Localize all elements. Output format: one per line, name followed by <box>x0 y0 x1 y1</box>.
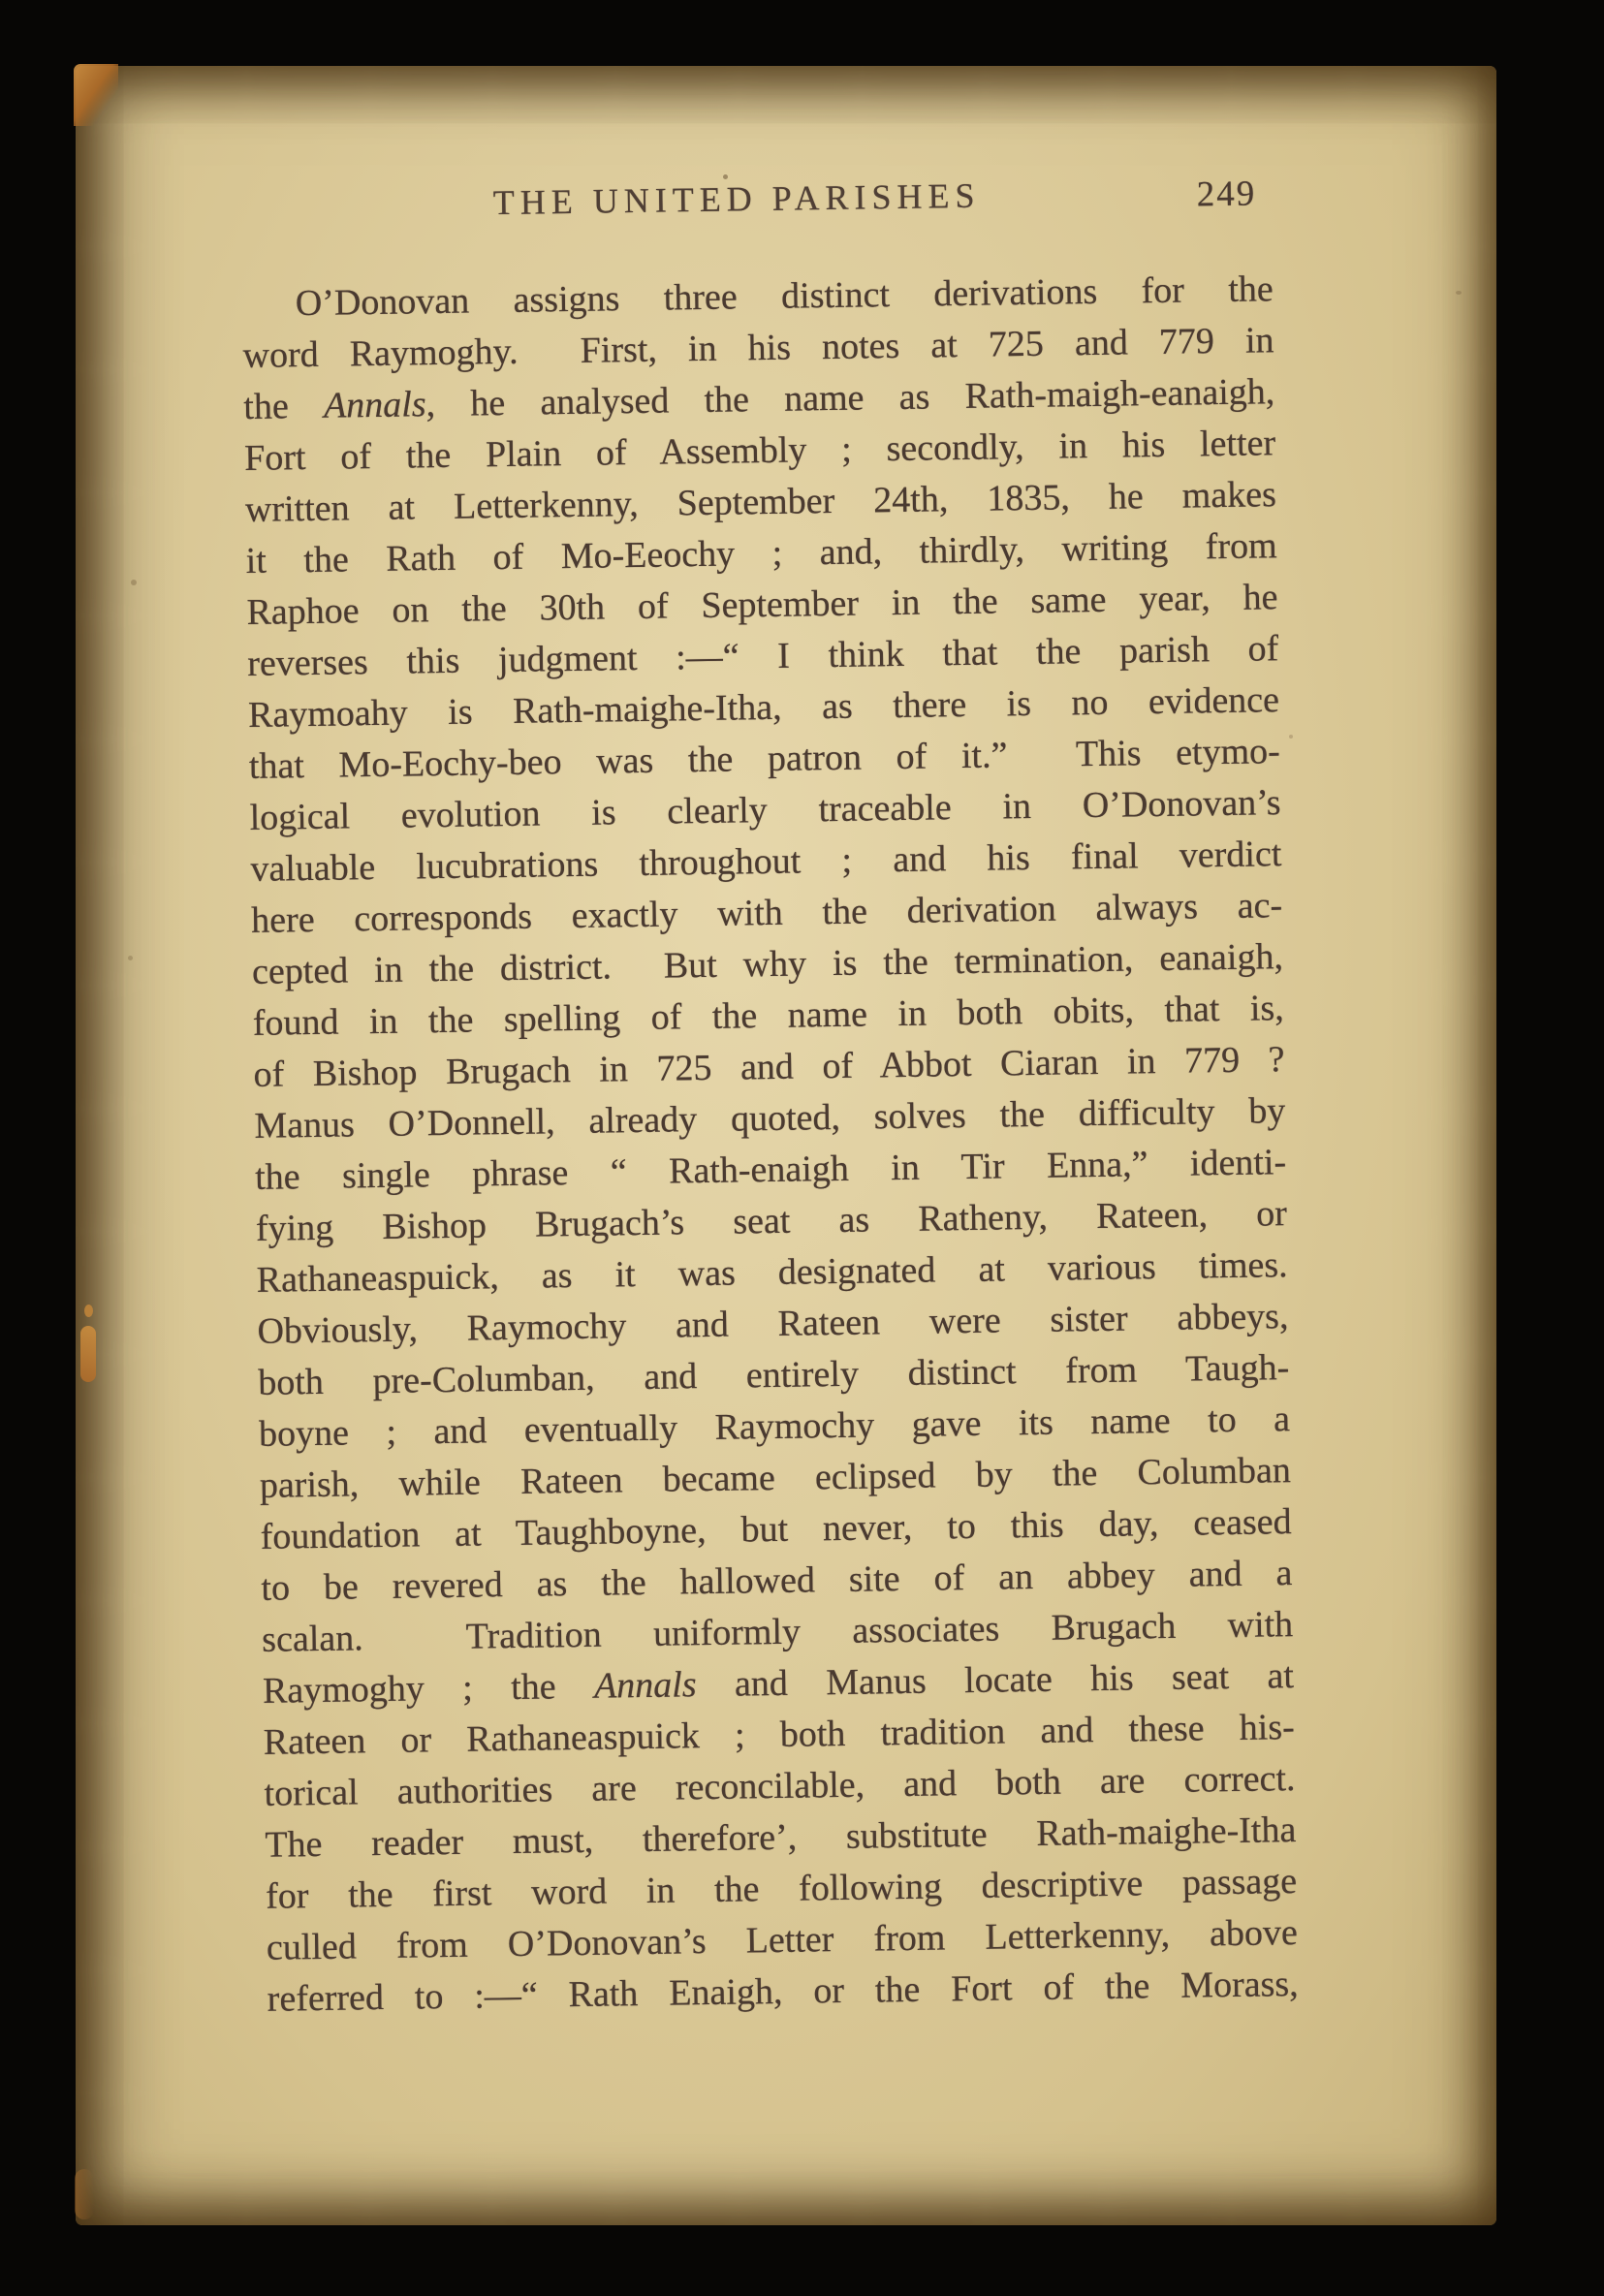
text-segment: the single phrase “ Rath-enaigh in Tir E… <box>255 1142 1287 1198</box>
text-segment: reverses this judgment :—“ I think that … <box>247 628 1279 684</box>
text-segment: The reader must, therefore’, substitute … <box>265 1809 1297 1866</box>
text-segment: it the Rath of Mo-Eeochy ; and, thirdly,… <box>245 525 1277 582</box>
text-segment: both pre-Columban, and entirely distinct… <box>258 1347 1290 1403</box>
text-segment: of Bishop Brugach in 725 and of Abbot Ci… <box>253 1039 1285 1095</box>
text-segment: Manus O’Donnell, already quoted, solves … <box>254 1090 1286 1147</box>
text-segment: Rateen or Rathaneaspuick ; both traditio… <box>264 1707 1296 1763</box>
text-segment: culled from O’Donovan’s Letter from Lett… <box>267 1912 1299 1968</box>
text-segment: Obviously, Raymochy and Rateen were sist… <box>257 1296 1289 1352</box>
italic-text: Annals <box>324 384 426 426</box>
text-segment: Raphoe on the 30th of September in the s… <box>246 577 1278 633</box>
scan-background: THE UNITED PARISHES 249 O’Donovan assign… <box>0 0 1604 2296</box>
page-header-row: THE UNITED PARISHES 249 <box>240 171 1273 236</box>
text-segment: that Mo-Eochy-beo was the patron of it.”… <box>249 731 1281 787</box>
page-edge-mark <box>74 64 118 126</box>
text-segment: and Manus locate his seat at <box>696 1655 1294 1705</box>
text-segment: scalan. Tradition uniformly associates B… <box>262 1604 1294 1660</box>
running-header: THE UNITED PARISHES <box>493 175 981 223</box>
text-segment: the <box>243 386 324 427</box>
text-segment: foundation at Taughboyne, but never, to … <box>260 1501 1292 1557</box>
text-segment: word Raymoghy. First, in his notes at 72… <box>242 320 1274 376</box>
page-number: 249 <box>1196 173 1256 215</box>
text-segment: here corresponds exactly with the deriva… <box>251 885 1283 941</box>
page-content: THE UNITED PARISHES 249 O’Donovan assign… <box>240 171 1299 2026</box>
paper-speck <box>1456 291 1462 295</box>
page-edge-mark <box>84 1305 93 1317</box>
page-edge-mark <box>80 1326 96 1382</box>
text-segment: referred to :—“ Rath Enaigh, or the Fort… <box>267 1964 1299 2020</box>
text-segment: parish, while Rateen became eclipsed by … <box>260 1450 1292 1506</box>
book-page: THE UNITED PARISHES 249 O’Donovan assign… <box>76 66 1496 2225</box>
text-segment: Raymoghy ; the <box>263 1666 595 1712</box>
text-segment: , he analysed the name as Rath-maigh-ean… <box>425 371 1274 425</box>
italic-text: Annals <box>594 1664 697 1707</box>
text-segment: fying Bishop Brugach’s seat as Ratheny, … <box>256 1193 1288 1249</box>
text-segment: found in the spelling of the name in bot… <box>253 988 1285 1044</box>
text-segment: written at Letterkenny, September 24th, … <box>245 474 1277 530</box>
text-lines: O’Donovan assigns three distinct derivat… <box>241 264 1299 2026</box>
paper-speck <box>128 956 133 960</box>
text-segment: cepted in the district. But why is the t… <box>252 936 1284 992</box>
text-segment: O’Donovan assigns three distinct derivat… <box>295 268 1274 324</box>
paper-speck <box>131 580 137 585</box>
text-segment: to be revered as the hallowed site of an… <box>261 1553 1293 1609</box>
text-segment: torical authorities are reconcilable, an… <box>264 1758 1296 1814</box>
text-segment: Raymoahy is Rath-maighe-Itha, as there i… <box>248 679 1280 736</box>
page-edge-mark <box>75 2169 94 2219</box>
text-segment: Rathaneaspuick, as it was designated at … <box>256 1244 1288 1301</box>
text-segment: for the first word in the following desc… <box>266 1861 1298 1917</box>
paper-speck <box>1289 735 1293 739</box>
text-segment: boyne ; and eventually Raymochy gave its… <box>259 1399 1291 1455</box>
text-segment: logical evolution is clearly traceable i… <box>249 782 1281 838</box>
text-segment: Fort of the Plain of Assembly ; secondly… <box>244 423 1276 479</box>
text-segment: valuable lucubrations throughout ; and h… <box>250 833 1282 890</box>
